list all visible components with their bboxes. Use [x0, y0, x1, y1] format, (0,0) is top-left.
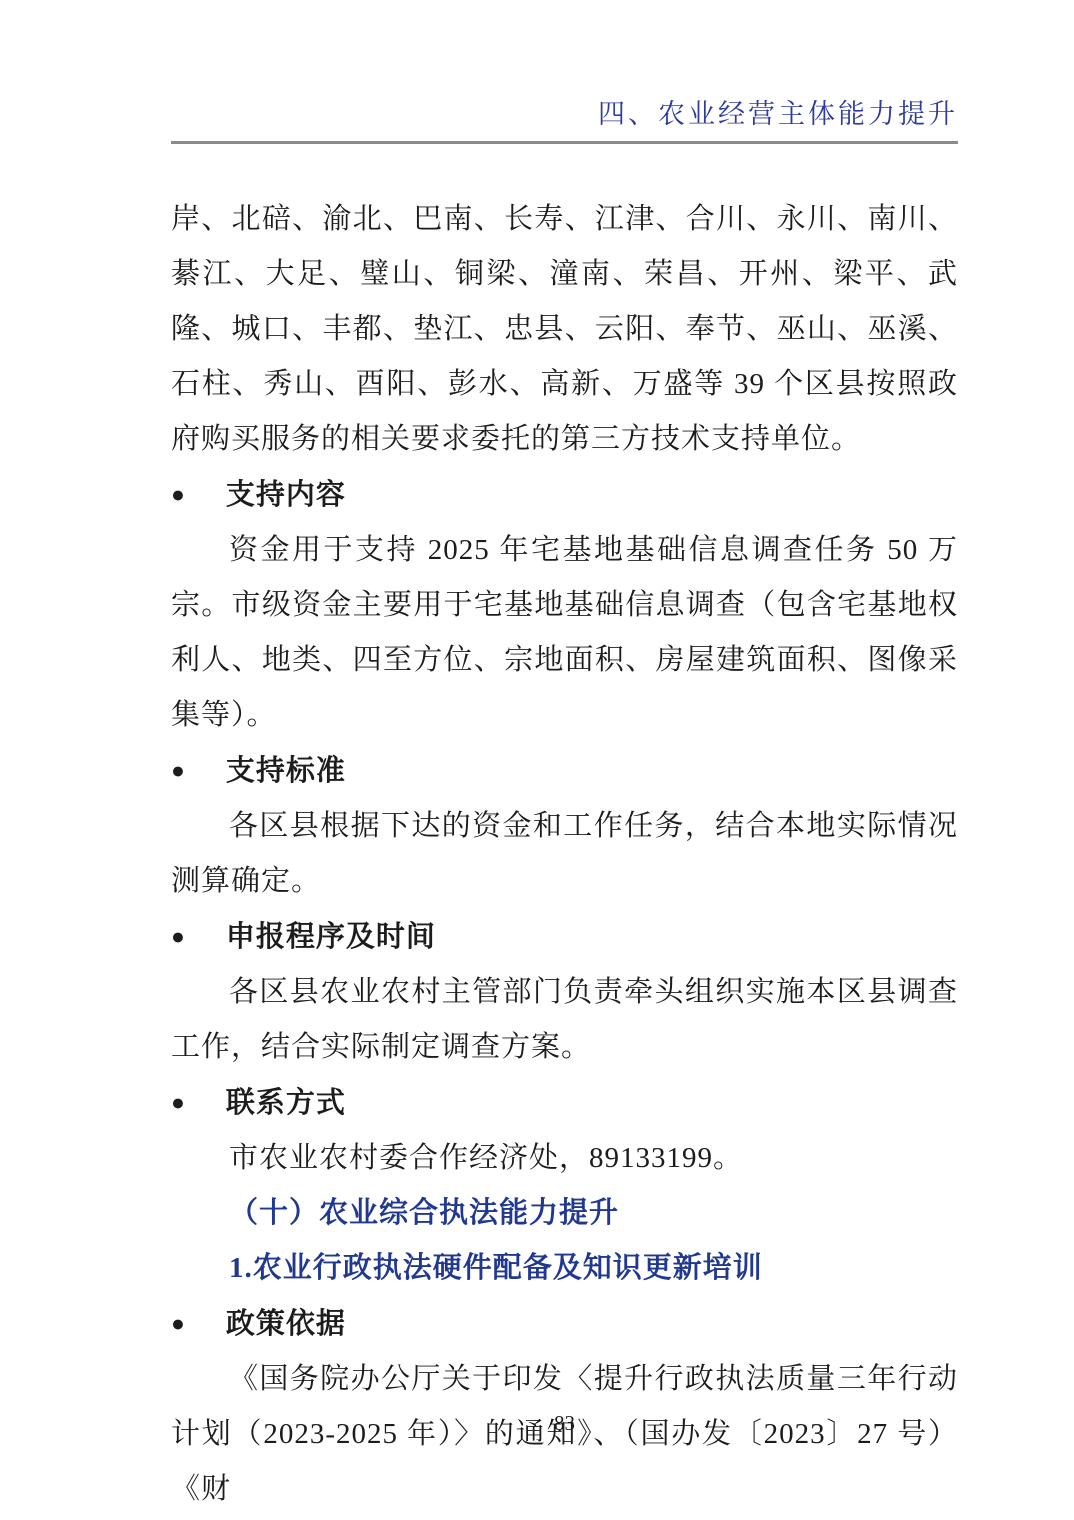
bullet-heading-label: 申报程序及时间	[226, 921, 436, 953]
bullet-heading-application-procedure: ●申报程序及时间	[171, 909, 958, 965]
bullet-heading-label: 支持内容	[226, 479, 346, 511]
sub-heading-law-enforcement-training: 1.农业行政执法硬件配备及知识更新培训	[171, 1241, 958, 1296]
paragraph-contact: 市农业农村委合作经济处，89133199。	[171, 1131, 958, 1186]
bullet-heading-label: 支持标准	[226, 755, 346, 787]
bullet-icon: ●	[171, 1075, 186, 1130]
section-heading-ten: （十）农业综合执法能力提升	[171, 1186, 958, 1241]
paragraph-support-content: 资金用于支持 2025 年宅基地基础信息调查任务 50 万宗。市级资金主要用于宅…	[171, 523, 958, 743]
bullet-heading-contact: ●联系方式	[171, 1075, 958, 1131]
bullet-icon: ●	[171, 1296, 186, 1351]
bullet-icon: ●	[171, 467, 186, 522]
header-divider-line	[171, 141, 958, 144]
bullet-heading-policy-basis: ●政策依据	[171, 1296, 958, 1352]
bullet-heading-support-standard: ●支持标准	[171, 743, 958, 799]
running-header-title: 四、农业经营主体能力提升	[171, 94, 958, 134]
document-page: 四、农业经营主体能力提升 岸、北碚、渝北、巴南、长寿、江津、合川、永川、南川、綦…	[0, 0, 1074, 1520]
bullet-heading-label: 政策依据	[226, 1308, 346, 1340]
bullet-icon: ●	[171, 743, 186, 798]
bullet-heading-label: 联系方式	[226, 1087, 346, 1119]
paragraph-support-standard: 各区县根据下达的资金和工作任务，结合本地实际情况测算确定。	[171, 799, 958, 909]
page-number: 83	[171, 1408, 958, 1438]
bullet-icon: ●	[171, 909, 186, 964]
paragraph-application-procedure: 各区县农业农村主管部门负责牵头组织实施本区县调查工作，结合实际制定调查方案。	[171, 965, 958, 1075]
bullet-heading-support-content: ●支持内容	[171, 467, 958, 523]
document-body: 岸、北碚、渝北、巴南、长寿、江津、合川、永川、南川、綦江、大足、璧山、铜梁、潼南…	[171, 192, 958, 1517]
paragraph-districts-list: 岸、北碚、渝北、巴南、长寿、江津、合川、永川、南川、綦江、大足、璧山、铜梁、潼南…	[171, 192, 958, 467]
